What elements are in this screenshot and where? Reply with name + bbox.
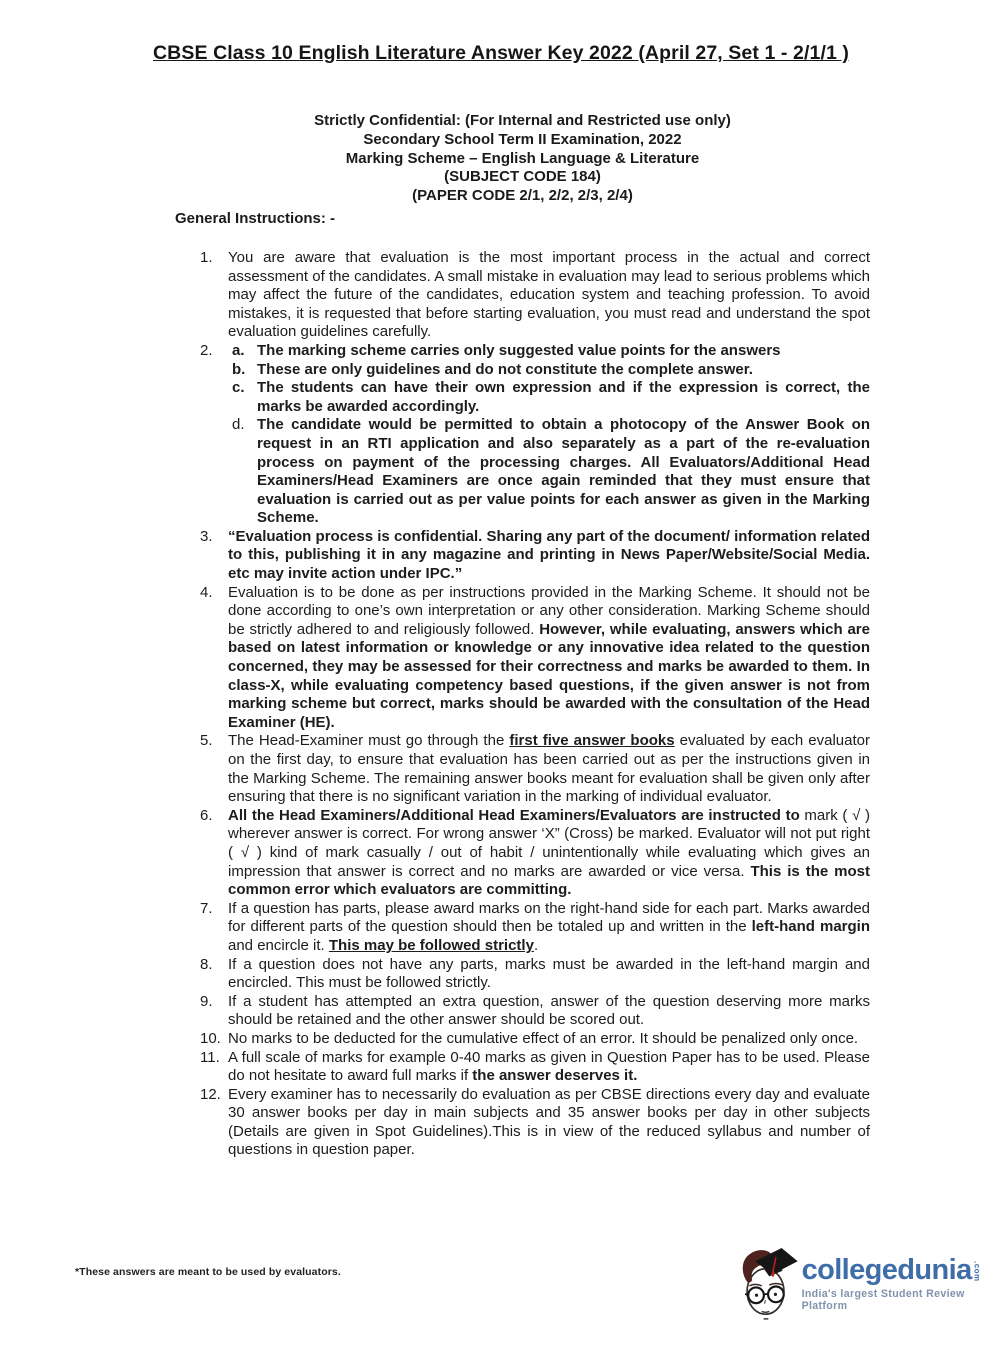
instruction-text: If a student has attempted an extra ques… [228,993,870,1030]
logo-tld: .com [973,1261,981,1282]
logo-brand-row: collegedunia .com [802,1255,1002,1285]
instruction-item: 4.Evaluation is to be done as per instru… [200,584,870,733]
instruction-text: If a question does not have any parts, m… [228,956,870,993]
page-title: CBSE Class 10 English Literature Answer … [153,42,849,64]
instruction-item: 12.Every examiner has to necessarily do … [200,1086,870,1160]
collegedunia-mascot-icon [740,1243,799,1323]
logo-brand-name: collegedunia [802,1255,972,1285]
instruction-body: Every examiner has to necessarily do eva… [228,1086,870,1160]
instruction-body: No marks to be deducted for the cumulati… [228,1030,870,1049]
header-line-subject-code: (SUBJECT CODE 184) [175,168,870,187]
instruction-text: The Head-Examiner must go through the fi… [228,732,870,806]
instruction-text: You are aware that evaluation is the mos… [228,249,870,342]
instruction-body: You are aware that evaluation is the mos… [228,249,870,342]
instruction-body: If a question does not have any parts, m… [228,956,870,993]
instruction-number: 10. [200,1030,228,1049]
subitem-letter: a. [232,342,257,361]
instruction-subitem: b.These are only guidelines and do not c… [232,361,870,380]
collegedunia-logo: collegedunia .com India's largest Studen… [740,1243,1002,1323]
instruction-item: 9.If a student has attempted an extra qu… [200,993,870,1030]
instruction-text: A full scale of marks for example 0-40 m… [228,1049,870,1086]
header-line-paper-code: (PAPER CODE 2/1, 2/2, 2/3, 2/4) [175,187,870,206]
instruction-text: No marks to be deducted for the cumulati… [228,1030,870,1049]
instruction-text: These are only guidelines and do not con… [257,361,753,380]
subitem-letter: c. [232,379,257,416]
instruction-item: 7.If a question has parts, please award … [200,900,870,956]
instruction-body: “Evaluation process is confidential. Sha… [228,528,870,584]
instruction-item: 2.a.The marking scheme carries only sugg… [200,342,870,528]
instruction-item: 5.The Head-Examiner must go through the … [200,732,870,806]
subitem-letter: d. [232,416,257,528]
instruction-subitem: a.The marking scheme carries only sugges… [232,342,870,361]
title-row: CBSE Class 10 English Literature Answer … [0,42,1002,65]
instruction-text: Evaluation is to be done as per instruct… [228,584,870,733]
document-content: Strictly Confidential: (For Internal and… [175,112,870,1160]
instruction-text: Every examiner has to necessarily do eva… [228,1086,870,1160]
instruction-text: The students can have their own expressi… [257,379,870,416]
instruction-number: 11. [200,1049,228,1086]
header-line-examination: Secondary School Term II Examination, 20… [175,131,870,150]
header-line-marking-scheme: Marking Scheme – English Language & Lite… [175,150,870,169]
instruction-number: 9. [200,993,228,1030]
instruction-number: 4. [200,584,228,733]
instruction-number: 1. [200,249,228,342]
instruction-number: 8. [200,956,228,993]
instruction-body: All the Head Examiners/Additional Head E… [228,807,870,900]
instruction-item: 1.You are aware that evaluation is the m… [200,249,870,342]
logo-tagline: India's largest Student Review Platform [802,1288,1002,1312]
logo-text: collegedunia .com India's largest Studen… [802,1255,1002,1312]
instruction-body: Evaluation is to be done as per instruct… [228,584,870,733]
instruction-item: 8.If a question does not have any parts,… [200,956,870,993]
instruction-item: 10.No marks to be deducted for the cumul… [200,1030,870,1049]
instruction-number: 3. [200,528,228,584]
instruction-item: 11.A full scale of marks for example 0-4… [200,1049,870,1086]
header-line-confidential: Strictly Confidential: (For Internal and… [175,112,870,131]
document-page: CBSE Class 10 English Literature Answer … [0,0,1002,1356]
instruction-number: 6. [200,807,228,900]
instruction-text: If a question has parts, please award ma… [228,900,870,956]
instruction-item: 3.“Evaluation process is confidential. S… [200,528,870,584]
instruction-number: 12. [200,1086,228,1160]
instruction-text: “Evaluation process is confidential. Sha… [228,528,870,584]
instruction-body: The Head-Examiner must go through the fi… [228,732,870,806]
instruction-body: If a student has attempted an extra ques… [228,993,870,1030]
instruction-subitem: c.The students can have their own expres… [232,379,870,416]
instructions-list: 1.You are aware that evaluation is the m… [200,249,870,1160]
subitem-letter: b. [232,361,257,380]
instruction-number: 7. [200,900,228,956]
footnote: *These answers are meant to be used by e… [75,1266,341,1278]
instruction-text: All the Head Examiners/Additional Head E… [228,807,870,900]
instruction-text: The candidate would be permitted to obta… [257,416,870,528]
document-header: Strictly Confidential: (For Internal and… [175,112,870,206]
instruction-number: 5. [200,732,228,806]
instruction-body: A full scale of marks for example 0-40 m… [228,1049,870,1086]
instruction-number: 2. [200,342,228,528]
instruction-subitem: d.The candidate would be permitted to ob… [232,416,870,528]
instruction-body: a.The marking scheme carries only sugges… [228,342,870,528]
instruction-text: The marking scheme carries only suggeste… [257,342,781,361]
instruction-item: 6.All the Head Examiners/Additional Head… [200,807,870,900]
section-heading: General Instructions: - [175,210,870,228]
instruction-body: If a question has parts, please award ma… [228,900,870,956]
